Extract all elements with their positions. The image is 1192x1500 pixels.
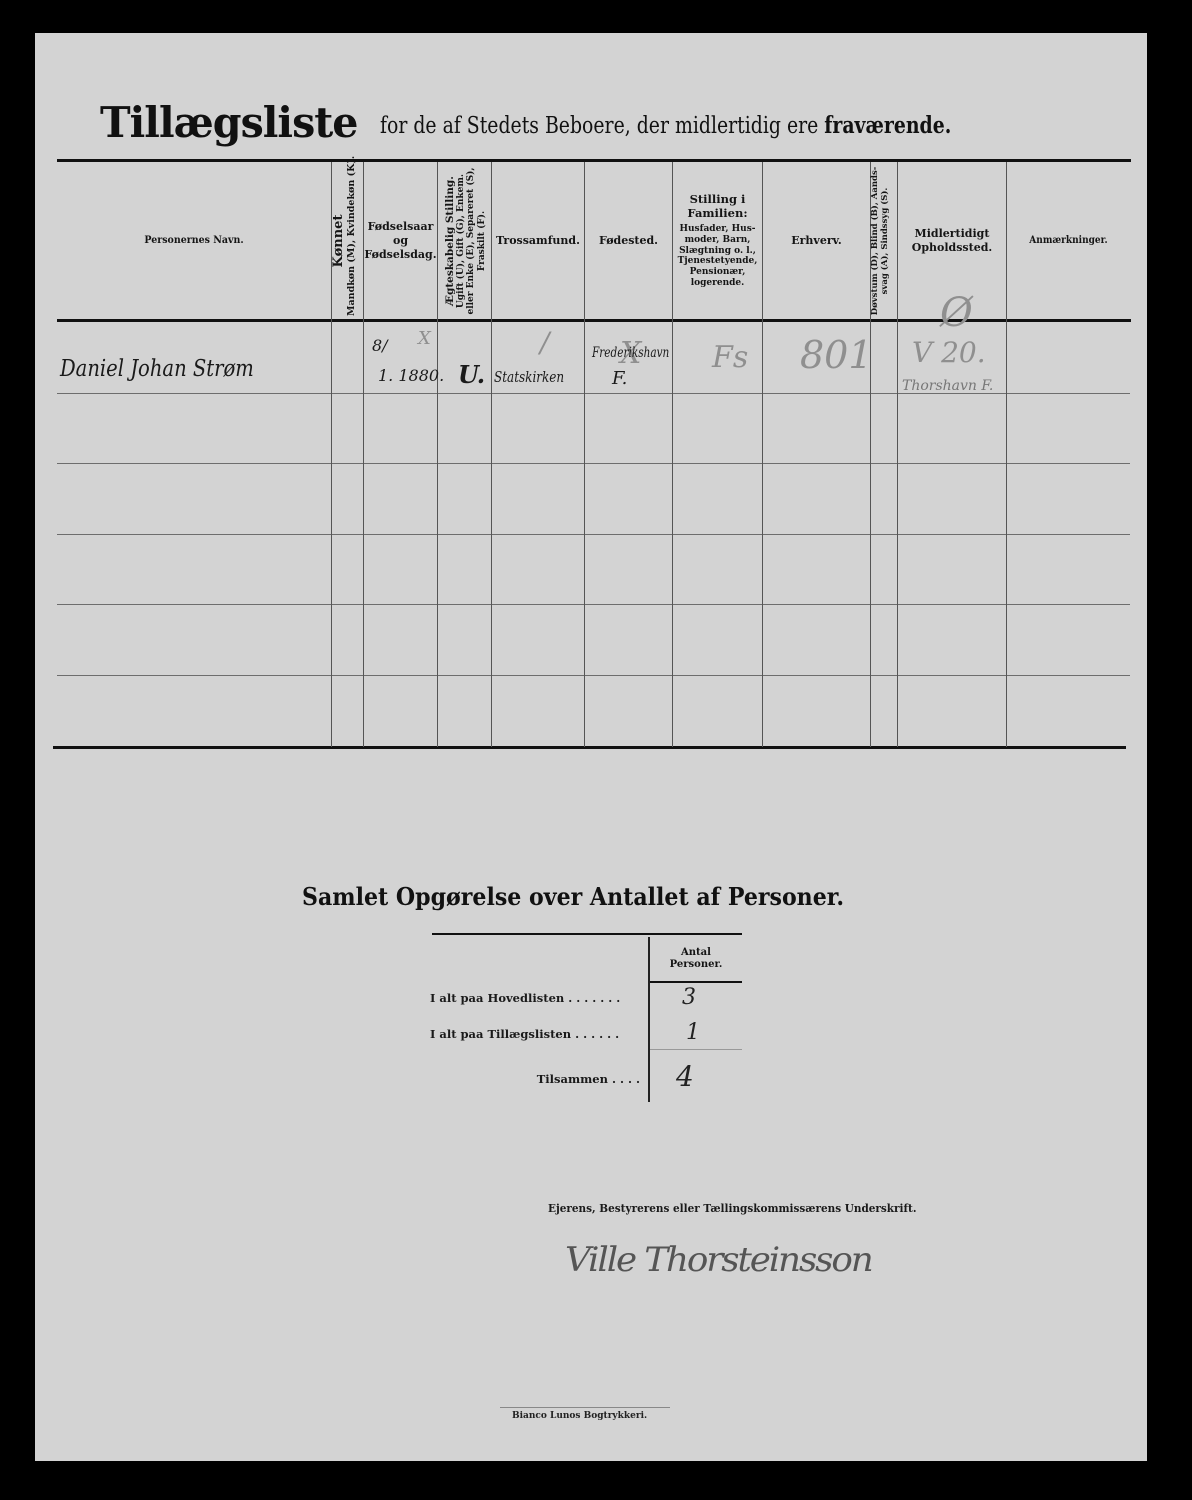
row-rule: [57, 463, 1130, 464]
entry-birth-date: 1. 1880.: [378, 366, 444, 385]
signature-label: Ejerens, Bestyrerens eller Tællingskommi…: [548, 1202, 916, 1215]
header-family-line1: Stilling i: [690, 193, 746, 207]
table-bottom-rule: [53, 746, 1126, 749]
header-family-line6: Tjenestetyende,: [678, 256, 758, 267]
summary-top-rule: [432, 933, 742, 935]
header-family-line8: logerende.: [691, 278, 745, 289]
header-family-line7: Pensionær,: [690, 267, 746, 278]
summary-label-total: Tilsammen . . . .: [430, 1072, 640, 1086]
printer-rule: [500, 1407, 670, 1408]
header-disability: Døvstum (D), Blind (B), Aands- svag (A),…: [871, 166, 897, 316]
summary-header-rule: [650, 981, 742, 983]
summary-value-total: 4: [676, 1060, 694, 1093]
header-marital: Ægteskabelig Stilling. Ugift (U), Gift (…: [444, 166, 484, 316]
header-remarks: Anmærkninger.: [1013, 162, 1124, 320]
header-birth-line2: og: [393, 234, 408, 248]
entry-religion: Statskirken: [494, 368, 564, 386]
header-marital-line2: Ugift (U), Gift (G), Enkem.: [456, 166, 466, 316]
header-birth-line1: Fødselsaar: [368, 220, 434, 234]
header-religion: Trossamfund.: [492, 162, 584, 320]
header-disability-line2: svag (A), Sindssyg (S).: [881, 166, 891, 316]
summary-col-header: Antal Personer.: [650, 940, 742, 978]
header-family-line4: moder, Barn,: [685, 235, 751, 246]
entry-birthplace: Frederikshavn: [592, 345, 669, 361]
header-family-line5: Slægtning o. l.,: [679, 246, 756, 257]
summary-sum-rule: [650, 1049, 742, 1050]
summary-col-header-line2: Personer.: [670, 959, 723, 972]
header-family-position: Stilling i Familien: Husfader, Hus- mode…: [673, 162, 762, 320]
entry-temp-residence-code2: V 20.: [912, 336, 986, 369]
summary-label-main-list: I alt paa Hovedlisten . . . . . . .: [430, 991, 640, 1005]
check-mark: /: [540, 326, 549, 359]
entry-temp-residence: Thorshavn F.: [902, 378, 993, 394]
row-rule: [57, 604, 1130, 605]
header-occupation: Erhverv.: [763, 162, 870, 320]
header-birth: Fødselsaar og Fødselsdag.: [364, 162, 437, 320]
check-mark: X: [418, 328, 431, 349]
entry-birth-day: 8/: [372, 336, 388, 355]
summary-col-header-line1: Antal: [681, 947, 711, 960]
entry-marital: U.: [458, 360, 485, 389]
header-marital-line1: Ægteskabelig Stilling.: [444, 166, 456, 316]
form-title: Tillægsliste: [100, 98, 358, 147]
row-rule: [57, 534, 1130, 535]
header-temp-line1: Midlertidigt: [915, 227, 990, 241]
form-subtitle: for de af Stedets Beboere, der midlertid…: [380, 112, 951, 139]
header-temp-line2: Opholdssted.: [912, 241, 992, 255]
entry-birthplace-abbr: F.: [612, 368, 627, 389]
header-marital-line4: Fraskilt (F).: [477, 166, 487, 316]
entry-name: Daniel Johan Strøm: [60, 356, 254, 382]
header-marital-line3: eller Enke (E), Separeret (S),: [466, 166, 476, 316]
summary-value-supplement-list: 1: [686, 1020, 700, 1045]
summary-label-supplement-list: I alt paa Tillægslisten . . . . . .: [430, 1027, 640, 1041]
summary-title: Samlet Opgørelse over Antallet af Person…: [302, 882, 844, 911]
subtitle-bold: fraværende.: [824, 112, 951, 139]
signature: Ville Thorsteinsson: [565, 1240, 872, 1280]
header-sex-line2: Mandkøn (M), Kvindekøn (K).: [347, 166, 358, 316]
subtitle-plain: for de af Stedets Beboere, der midlertid…: [380, 113, 824, 139]
entry-occupation-code: 801: [800, 333, 873, 377]
entry-temp-residence-code: Ø: [940, 290, 973, 336]
header-birthplace: Fødested.: [585, 162, 672, 320]
header-family-line3: Husfader, Hus-: [679, 224, 755, 235]
entry-family-position: Fs: [712, 340, 748, 375]
column-divider: [437, 162, 438, 747]
header-sex-line1: Kønnet: [332, 166, 347, 316]
row-rule: [57, 675, 1130, 676]
header-birth-line3: Fødselsdag.: [364, 248, 436, 262]
header-family-line2: Familien:: [687, 207, 747, 221]
header-name: Personernes Navn.: [71, 162, 318, 320]
printer-imprint: Bianco Lunos Bogtrykkeri.: [512, 1411, 647, 1421]
summary-value-main-list: 3: [682, 985, 696, 1010]
header-sex: Kønnet Mandkøn (M), Kvindekøn (K).: [332, 166, 362, 316]
column-divider: [1006, 162, 1007, 747]
